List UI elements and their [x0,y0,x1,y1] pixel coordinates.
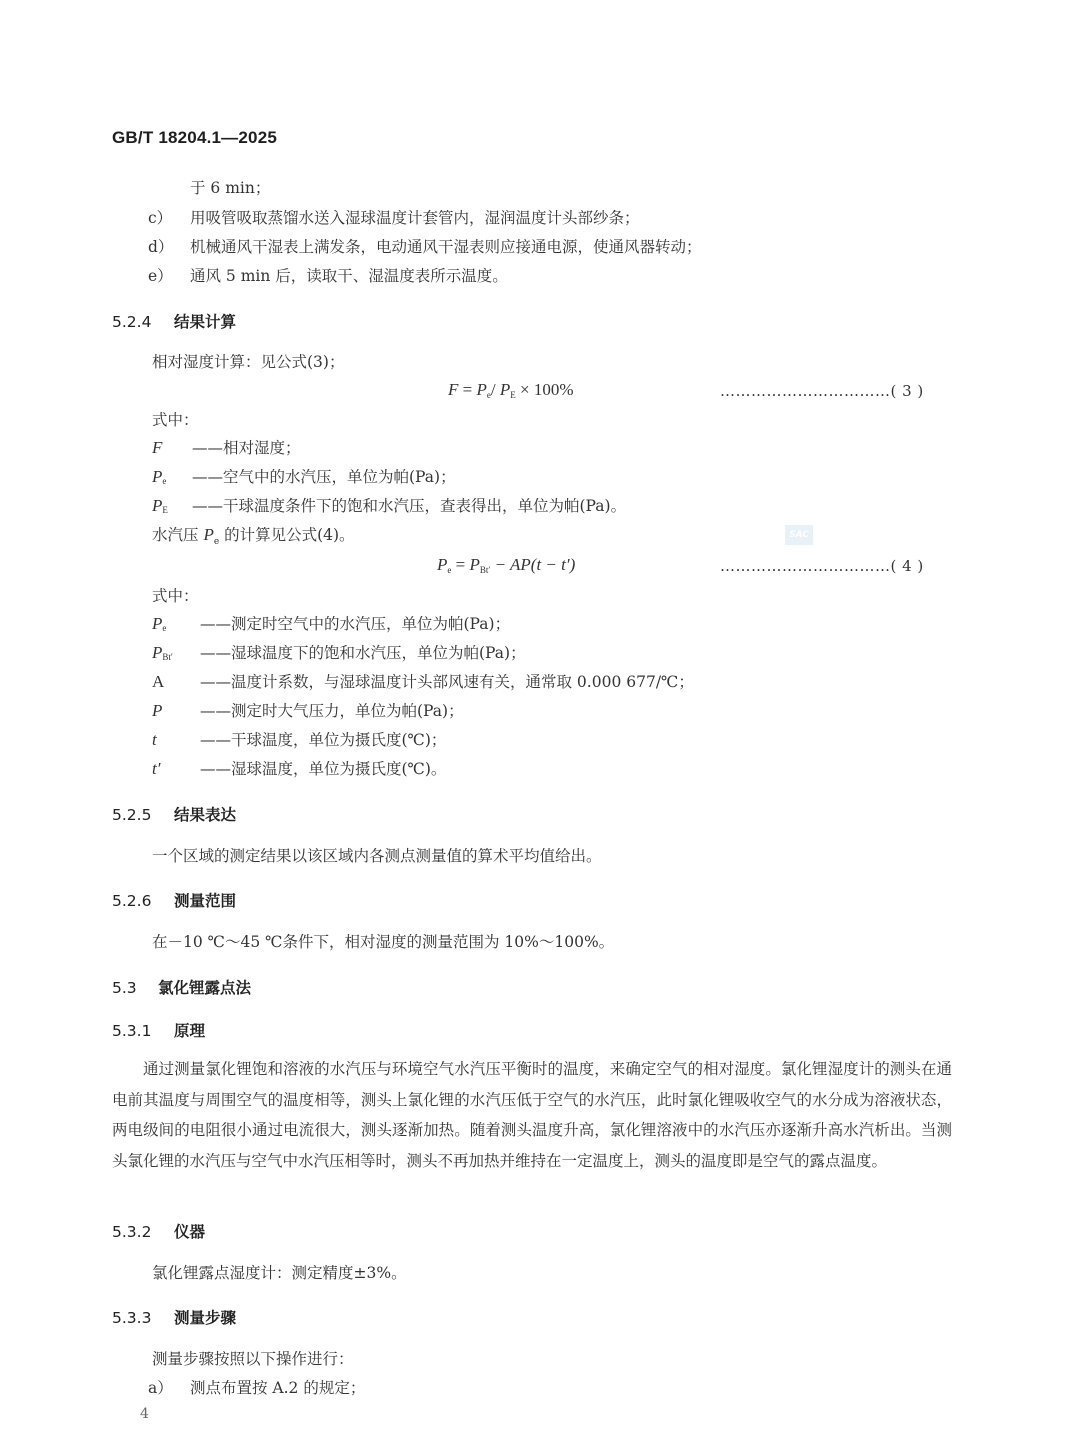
section-heading-5-2-6: 5.2.6测量范围 [112,889,236,911]
formula-op: − AP(t − t′) [490,555,575,574]
list-item: d）机械通风干湿表上满发条，电动通风干湿表则应接通电源，使通风器转动； [148,237,702,257]
definition-text: ——相对湿度； [192,439,301,457]
formula-eq: = [451,555,469,574]
formula-3-number: ……………………………( 3 ) [720,382,924,400]
section-text: 氯化锂露点湿度计：测定精度±3%。 [152,1263,407,1283]
section-number: 5.3.1 [112,1022,174,1040]
formula4-intro: 水汽压 Pe 的计算见公式(4)。 [152,525,355,552]
intro-text: 水汽压 [152,526,203,544]
list-item-text: 通风 5 min 后，读取干、湿温度表所示温度。 [190,267,508,285]
section-number: 5.2.6 [112,892,174,910]
section-text: 一个区域的测定结果以该区域内各测点测量值的算术平均值给出。 [152,846,602,866]
definition-text: ——测定时大气压力，单位为帕(Pa)； [200,702,464,720]
section-title: 测量范围 [174,892,236,910]
list-item: e）通风 5 min 后，读取干、湿温度表所示温度。 [148,266,508,286]
definition-symbol: t′ [152,759,200,779]
section-number: 5.2.4 [112,313,174,331]
formula-4: Pe = PBt′ − AP(t − t′) [437,555,575,575]
symbol-subscript: E [162,505,168,515]
symbol-subscript: e [162,623,166,633]
list-item-text: 机械通风干湿表上满发条，电动通风干湿表则应接通电源，使通风器转动； [190,238,702,256]
definition-row: t——干球温度，单位为摄氏度(℃)； [152,730,446,750]
definition-text: ——空气中的水汽压，单位为帕(Pa)； [192,468,456,486]
definition-row: P——测定时大气压力，单位为帕(Pa)； [152,701,464,721]
definition-symbol: PBt′ [152,643,200,667]
definition-text: ——湿球温度，单位为摄氏度(℃)。 [200,760,446,778]
list-item: a）测点布置按 A.2 的规定； [148,1378,365,1398]
section-number: 5.3.2 [112,1223,174,1241]
definition-row: Pe——测定时空气中的水汽压，单位为帕(Pa)； [152,614,510,638]
symbol-main: P [152,614,162,633]
formula-eq: = [458,380,476,399]
symbol-main: P [152,643,162,662]
section-heading-5-3-2: 5.3.2仪器 [112,1220,205,1242]
definition-row: F——相对湿度； [152,438,301,458]
list-item-label: e） [148,266,190,286]
section-title: 仪器 [174,1223,205,1241]
intro-symbol: P [203,525,213,544]
definition-text: ——干球温度，单位为摄氏度(℃)； [200,731,446,749]
symbol-main: P [152,467,162,486]
standard-code: GB/T 18204.1—2025 [112,128,277,148]
intro-text: 的计算见公式(4)。 [219,526,354,544]
definition-text: ——湿球温度下的饱和水汽压，单位为帕(Pa)； [200,644,526,662]
equation-number: ( 4 ) [891,557,924,575]
symbol-main: t [152,730,157,749]
formula-4-number: ……………………………( 4 ) [720,557,924,575]
section-title: 结果计算 [174,313,236,331]
section-title: 结果表达 [174,806,236,824]
symbol-main: P [152,496,162,515]
definition-row: PE——干球温度条件下的饱和水汽压，查表得出，单位为帕(Pa)。 [152,496,626,520]
list-item-label: a） [148,1378,190,1398]
definition-symbol: PE [152,496,192,520]
definition-text: ——测定时空气中的水汽压，单位为帕(Pa)； [200,615,510,633]
list-item: c）用吸管吸取蒸馏水送入湿球温度计套管内，湿润温度计头部纱条； [148,208,640,228]
formula-subscript: Bt′ [480,565,490,575]
formula-symbol: P [469,555,479,574]
section-title: 原理 [174,1022,205,1040]
definition-row: A——温度计系数，与湿球温度计头部风速有关，通常取 0.000 677/℃； [152,672,694,692]
symbol-subscript: Bt′ [162,652,172,662]
leader-dots: …………………………… [720,557,891,575]
where-label: 式中： [152,586,199,606]
formula-symbol: P [437,555,447,574]
section-heading-5-3-3: 5.3.3测量步骤 [112,1306,236,1328]
principle-paragraph: 通过测量氯化锂饱和溶液的水汽压与环境空气水汽压平衡时的温度，来确定空气的相对湿度… [112,1054,952,1176]
formula-symbol: P [476,380,486,399]
formula-op: × 100% [516,380,574,399]
definition-symbol: A [152,672,200,692]
formula-symbol: P [500,380,510,399]
formula-op: / [491,380,500,399]
definition-symbol: P [152,701,200,721]
leader-dots: …………………………… [720,382,891,400]
formula3-intro: 相对湿度计算：见公式(3)； [152,352,344,372]
where-label: 式中： [152,410,199,430]
list-item-text: 测点布置按 A.2 的规定； [190,1379,365,1397]
symbol-main: P [152,701,162,720]
definition-text: ——干球温度条件下的饱和水汽压，查表得出，单位为帕(Pa)。 [192,497,626,515]
list-item-label: d） [148,237,190,257]
definition-symbol: F [152,438,192,458]
definition-row: t′——湿球温度，单位为摄氏度(℃)。 [152,759,446,779]
section-heading-5-3-1: 5.3.1原理 [112,1019,205,1041]
section-title: 测量步骤 [174,1309,236,1327]
definition-symbol: Pe [152,467,192,491]
steps-intro: 测量步骤按照以下操作进行： [152,1349,354,1369]
definition-row: Pe——空气中的水汽压，单位为帕(Pa)； [152,467,456,491]
section-heading-5-2-4: 5.2.4结果计算 [112,310,236,332]
section-text: 在－10 ℃～45 ℃条件下，相对湿度的测量范围为 10%～100%。 [152,932,614,952]
symbol-main: t′ [152,759,160,778]
continuation-line: 于 6 min； [190,178,270,198]
section-heading-5-3: 5.3氯化锂露点法 [112,976,251,998]
section-number: 5.3.3 [112,1309,174,1327]
definition-text: ——温度计系数，与湿球温度计头部风速有关，通常取 0.000 677/℃； [200,673,694,691]
section-number: 5.3 [112,979,158,997]
sac-watermark-logo: SAC [785,525,813,545]
list-item-label: c） [148,208,190,228]
section-title: 氯化锂露点法 [158,979,251,997]
definition-symbol: Pe [152,614,200,638]
definition-row: PBt′——湿球温度下的饱和水汽压，单位为帕(Pa)； [152,643,526,667]
formula-3: F = Pe/ PE × 100% [448,380,574,400]
definition-symbol: t [152,730,200,750]
symbol-main: A [152,672,164,691]
page-number: 4 [140,1406,149,1422]
section-heading-5-2-5: 5.2.5结果表达 [112,803,236,825]
list-item-text: 用吸管吸取蒸馏水送入湿球温度计套管内，湿润温度计头部纱条； [190,209,640,227]
symbol-subscript: e [162,476,166,486]
symbol-main: F [152,438,162,457]
equation-number: ( 3 ) [891,382,924,400]
section-number: 5.2.5 [112,806,174,824]
formula-symbol: F [448,380,458,399]
